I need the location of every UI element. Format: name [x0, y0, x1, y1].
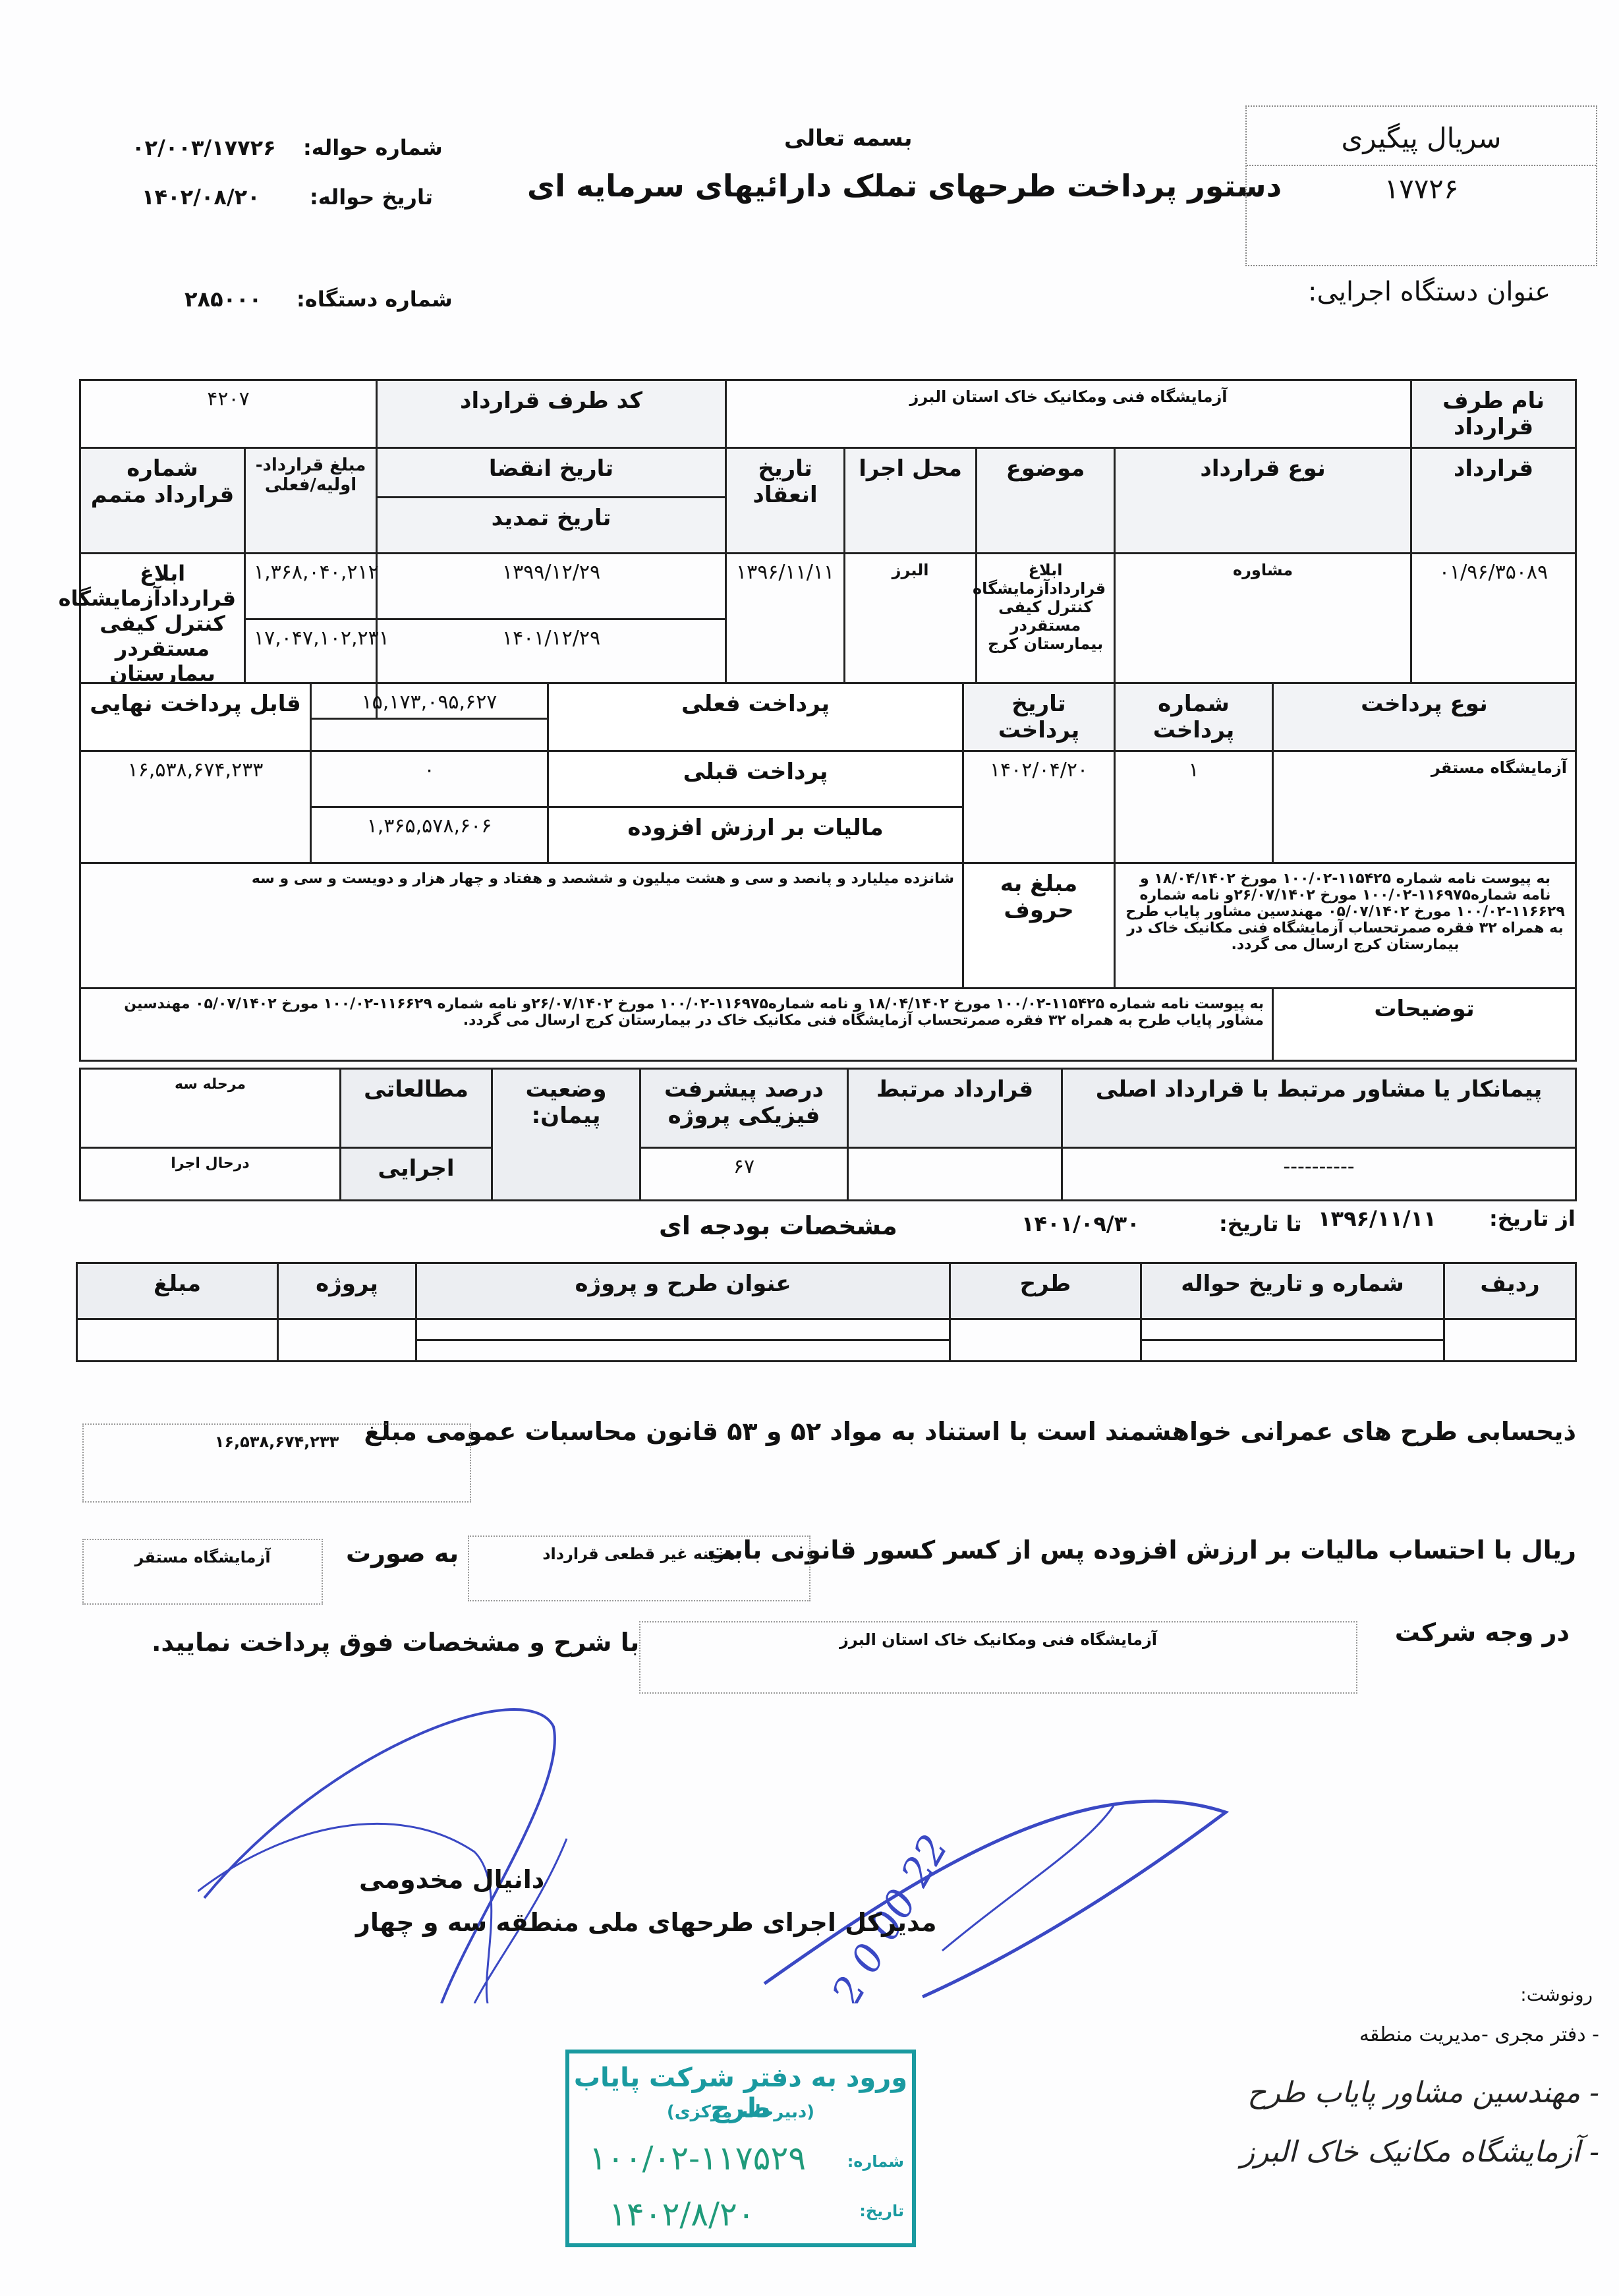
- cc-label: رونوشت:: [1520, 1984, 1593, 2005]
- description-text: به پیوست نامه شماره ۱۱۵۴۲۵-۱۰۰/۰۲ مورخ ۱…: [80, 989, 1273, 1061]
- amount-initial: ۱,۳۶۸,۰۴۰,۲۱۲: [245, 554, 377, 619]
- amount-words: شانزده میلیارد و پانصد و سی و هشت میلیون…: [80, 863, 963, 989]
- related-contract-label: قرارداد مرتبط: [848, 1069, 1062, 1148]
- as-value: آزمایشگاه مستقر: [134, 1548, 270, 1566]
- attachment-note: به پیوست نامه شماره ۱۱۵۴۲۵-۱۰۰/۰۲ مورخ ۱…: [1115, 863, 1576, 989]
- progress-label: درصد پیشرفت فیزیکی پروژه: [640, 1069, 848, 1148]
- contractor-value: ----------: [1062, 1148, 1576, 1201]
- contractor-label: پیمانکار یا مشاور مرتبط با قرارداد اصلی: [1062, 1069, 1576, 1148]
- contract-table: نام طرف قرارداد آزمایشگاه فنی ومکانیک خا…: [79, 379, 1577, 720]
- payee-label: در وجه شرکت: [1395, 1618, 1570, 1647]
- order-line-1: ذیحسابی طرح های عمرانی خواهشمند است با ا…: [364, 1417, 1576, 1446]
- vat-label: مالیات بر ارزش افزوده: [548, 807, 963, 863]
- signer-name: دانیال مخدومی: [359, 1865, 544, 1894]
- previous-payment-label: پرداخت قبلی: [548, 751, 963, 807]
- havale-number: ۰۲/۰۰۳/۱۷۷۲۶: [132, 135, 276, 160]
- closing-text: با شرح و مشخصات فوق پرداخت نمایید.: [152, 1628, 639, 1657]
- budget-title: مشخصات بودجه ای: [659, 1211, 897, 1240]
- budget-cell: [278, 1319, 416, 1362]
- budget-cell: [77, 1319, 278, 1362]
- stamp-subtitle: (دبیرخانه مرکزی): [569, 2102, 912, 2122]
- status-label: وضعیت پیمان:: [492, 1069, 640, 1201]
- purpose-box: هزینه غیر قطعی قرارداد: [468, 1535, 810, 1601]
- col-amount: مبلغ قرارداد-اولیه/فعلی: [245, 448, 377, 554]
- related-contract-value: [848, 1148, 1062, 1201]
- document-title: دستور پرداخت طرحهای تملک دارائیهای سرمای…: [527, 168, 1282, 204]
- col-location: محل اجرا: [845, 448, 977, 554]
- payment-col-type: نوع پرداخت: [1273, 683, 1576, 751]
- col-contract: قرارداد: [1411, 448, 1576, 554]
- budget-col-row: ردیف: [1444, 1263, 1576, 1319]
- status-exec-value: درحال اجرا: [80, 1148, 341, 1201]
- party-code-label: کد طرف قرارداد: [377, 380, 726, 448]
- serial-value: ۱۷۷۲۶: [1247, 173, 1596, 205]
- payment-number: ۱: [1115, 751, 1273, 863]
- current-payment-value: ۱۵,۱۷۳,۰۹۵,۶۲۷: [311, 683, 548, 751]
- signature-scribble: 22 00 0 2: [198, 1687, 1252, 2003]
- stamp-number-label: شماره:: [847, 2152, 904, 2171]
- payment-table: نوع پرداخت شماره پرداخت تاریخ پرداخت پرد…: [79, 682, 1577, 1062]
- as-label: به صورت: [346, 1539, 459, 1568]
- expiry-date: ۱۳۹۹/۱۲/۲۹: [377, 554, 726, 619]
- budget-cell: [1141, 1340, 1444, 1362]
- col-expiry-date: تاریخ انقضا: [377, 448, 726, 498]
- havale-date-label: تاریخ حواله:: [310, 185, 433, 210]
- description-label: توضیحات: [1273, 989, 1576, 1061]
- party-code: ۴۲۰۷: [80, 380, 377, 448]
- budget-cell: [1444, 1319, 1576, 1362]
- serial-label: سریال پیگیری: [1247, 112, 1596, 166]
- cc-line-1: - دفتر مجری -مدیریت منطقه: [1359, 2023, 1599, 2046]
- received-stamp: ورود به دفتر شرکت پایاب طرح (دبیرخانه مر…: [565, 2050, 916, 2247]
- budget-col-havale: شماره و تاریخ حواله: [1141, 1263, 1444, 1319]
- budget-col-amount: مبلغ: [77, 1263, 278, 1319]
- vat-value: ۱,۳۶۵,۵۷۸,۶۰۶: [311, 807, 548, 863]
- status-exec: اجرایی: [341, 1148, 492, 1201]
- final-payable-label: قابل پرداخت نهایی: [80, 683, 311, 751]
- payment-date: ۱۴۰۲/۰۴/۲۰: [963, 751, 1115, 863]
- payment-type: آزمایشگاه مستقر: [1273, 751, 1576, 863]
- payee: آزمایشگاه فنی ومکانیک خاک استان البرز: [839, 1630, 1157, 1649]
- device-number-label: شماره دستگاه:: [297, 287, 453, 312]
- budget-from-date: ۱۳۹۶/۱۱/۱۱: [1318, 1206, 1436, 1231]
- havale-number-label: شماره حواله:: [303, 135, 443, 160]
- as-value-box: آزمایشگاه مستقر: [82, 1539, 323, 1605]
- payee-box: آزمایشگاه فنی ومکانیک خاک استان البرز: [639, 1621, 1357, 1694]
- col-type: نوع قرارداد: [1115, 448, 1411, 554]
- signer-title: مدیرکل اجرای طرحهای ملی منطقه سه و چهار: [356, 1908, 937, 1937]
- order-amount: ۱۶,۵۳۸,۶۷۴,۲۳۳: [215, 1433, 339, 1451]
- budget-cell: [416, 1340, 950, 1362]
- previous-payment-value: ۰: [311, 751, 548, 807]
- col-subject: موضوع: [977, 448, 1115, 554]
- status-study-value: مرحله سه: [80, 1069, 341, 1148]
- final-payable-value: ۱۶,۵۳۸,۶۷۴,۲۳۳: [80, 751, 311, 863]
- stamp-date-label: تاریخ:: [859, 2202, 904, 2220]
- amount-words-label: مبلغ به حروف: [963, 863, 1115, 989]
- col-sign-date: تاریخ انعقاد: [726, 448, 845, 554]
- col-supplement: شماره قرارداد متمم: [80, 448, 245, 554]
- party-name-label: نام طرف قرارداد: [1411, 380, 1576, 448]
- payment-col-number: شماره پرداخت: [1115, 683, 1273, 751]
- budget-col-title: عنوان طرح و پروژه: [416, 1263, 950, 1319]
- serial-box: سریال پیگیری ۱۷۷۲۶: [1245, 105, 1597, 266]
- budget-col-project: پروژه: [278, 1263, 416, 1319]
- cc-handwritten-1: - مهندسین مشاور پایاب طرح: [1247, 2076, 1599, 2109]
- budget-table: ردیف شماره و تاریخ حواله طرح عنوان طرح و…: [76, 1262, 1577, 1362]
- executive-body-label: عنوان دستگاه اجرایی:: [1308, 277, 1550, 307]
- havale-date: ۱۴۰۲/۰۸/۲۰: [142, 185, 260, 210]
- purpose: هزینه غیر قطعی قرارداد: [542, 1545, 736, 1563]
- budget-col-plan: طرح: [950, 1263, 1141, 1319]
- budget-cell: [1141, 1319, 1444, 1340]
- cc-handwritten-2: - آزمایشگاه مکانیک خاک البرز: [1241, 2135, 1599, 2169]
- col-extension-date: تاریخ تمدید: [377, 498, 726, 554]
- status-table: پیمانکار یا مشاور مرتبط با قرارداد اصلی …: [79, 1068, 1577, 1201]
- stamp-date: ۱۴۰۲/۸/۲۰: [609, 2195, 755, 2233]
- budget-cell: [416, 1319, 950, 1340]
- budget-to-label: تا تاریخ:: [1219, 1211, 1302, 1236]
- current-payment-label: پرداخت فعلی: [548, 683, 963, 751]
- device-number: ۲۸۵۰۰۰: [185, 287, 262, 312]
- budget-to-date: ۱۴۰۱/۰۹/۳۰: [1021, 1211, 1140, 1236]
- budget-cell: [950, 1319, 1141, 1362]
- order-amount-box: ۱۶,۵۳۸,۶۷۴,۲۳۳: [82, 1423, 471, 1503]
- status-study: مطالعاتی: [341, 1069, 492, 1148]
- budget-from-label: از تاریخ:: [1489, 1206, 1576, 1231]
- order-line-2: ریال با احتساب مالیات بر ارزش افزوده پس …: [707, 1535, 1576, 1564]
- progress-value: ۶۷: [640, 1148, 848, 1201]
- party-name: آزمایشگاه فنی ومکانیک خاک استان البرز: [726, 380, 1411, 448]
- stamp-number: ۱۰۰/۰۲-۱۱۷۵۲۹: [589, 2139, 806, 2177]
- payment-col-date: تاریخ پرداخت: [963, 683, 1115, 751]
- bismillah: بسمه تعالی: [784, 125, 913, 152]
